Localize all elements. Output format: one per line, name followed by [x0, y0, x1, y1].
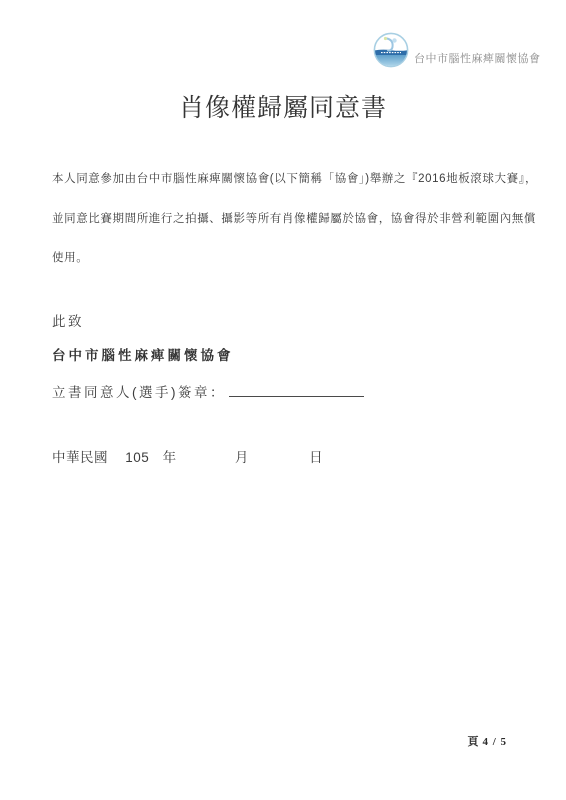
consent-line: 本人同意參加由台中市腦性麻痺關懷協會(以下簡稱「協會」)舉辦之『2016地板滾球…: [52, 160, 542, 200]
signature-label: 立書同意人(選手)簽章：: [52, 385, 226, 400]
association-logo-icon: [373, 32, 409, 68]
document-page: 台中市腦性麻痺關懷協會 肖像權歸屬同意書 本人同意參加由台中市腦性麻痺關懷協會(…: [0, 0, 566, 800]
signature-blank-line: [229, 382, 364, 397]
date-month-label: 月: [235, 450, 249, 465]
addressee-name: 台中市腦性麻痺關懷協會: [52, 344, 234, 364]
footer-page-label: 頁: [467, 736, 478, 748]
date-row: 中華民國 105 年 月 日: [52, 446, 323, 466]
consent-line: 使用。: [52, 239, 542, 279]
date-day-label: 日: [309, 450, 323, 465]
consent-paragraph: 本人同意參加由台中市腦性麻痺關懷協會(以下簡稱「協會」)舉辦之『2016地板滾球…: [52, 160, 542, 279]
document-header: 台中市腦性麻痺關懷協會: [373, 32, 541, 68]
page-footer: 頁4 / 5: [467, 733, 507, 749]
date-year-value: 105: [125, 450, 149, 465]
association-name-header: 台中市腦性麻痺關懷協會: [414, 50, 541, 66]
date-year-label: 年: [163, 450, 177, 465]
date-era: 中華民國: [52, 450, 108, 465]
signature-row: 立書同意人(選手)簽章：: [52, 381, 364, 401]
consent-line: 並同意比賽期間所進行之拍攝、攝影等所有肖像權歸屬於協會，協會得於非營利範圍內無償: [52, 200, 542, 240]
footer-page-number: 4 / 5: [482, 736, 507, 748]
page-title: 肖像權歸屬同意書: [0, 88, 566, 124]
salutation: 此致: [52, 310, 84, 330]
